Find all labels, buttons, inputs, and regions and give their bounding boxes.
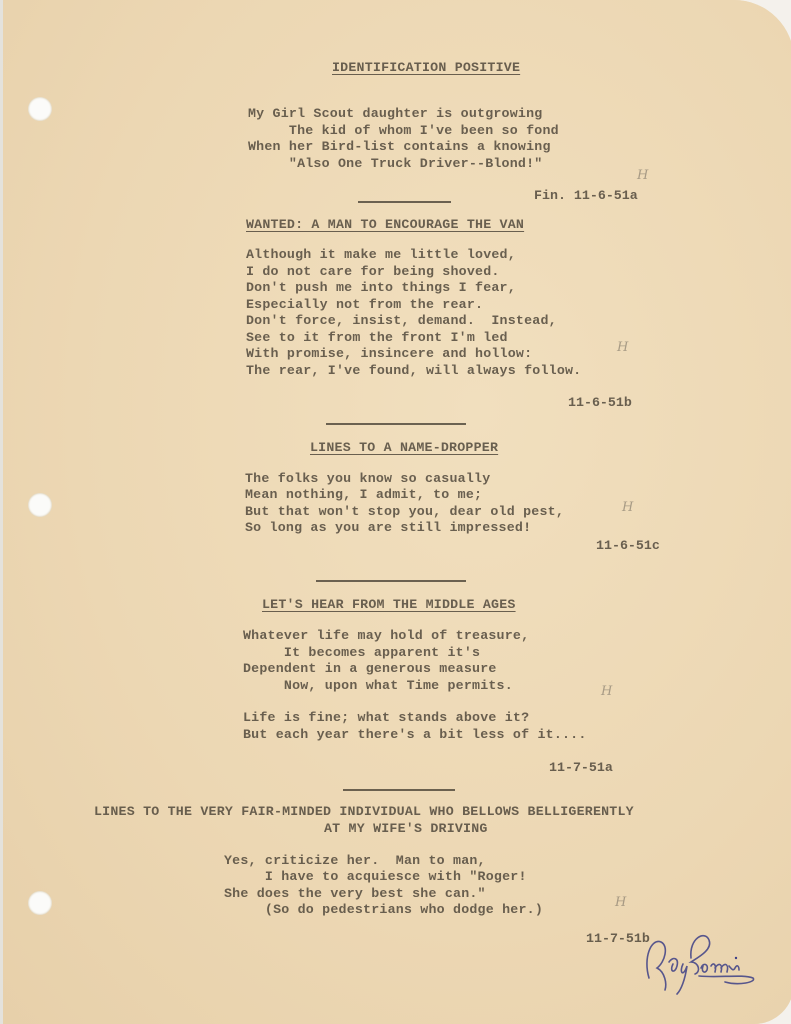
typewritten-page: IDENTIFICATION POSITIVE My Girl Scout da… (0, 0, 791, 1024)
poem-line: I do not care for being shoved. (246, 264, 500, 281)
poem-line: My Girl Scout daughter is outgrowing (248, 106, 542, 123)
poem-title: IDENTIFICATION POSITIVE (332, 60, 520, 77)
poem-reference: 11-6-51c (596, 538, 660, 553)
binder-hole (28, 493, 52, 517)
handwritten-mark: H (615, 895, 626, 910)
poem-line: Although it make me little loved, (246, 247, 516, 264)
separator-rule (316, 580, 466, 582)
poem-line: The folks you know so casually (245, 471, 490, 488)
poem-title: WANTED: A MAN TO ENCOURAGE THE VAN (246, 217, 524, 234)
handwritten-mark: H (622, 500, 633, 515)
poem-title: LINES TO A NAME-DROPPER (310, 440, 498, 457)
poem-line: The rear, I've found, will always follow… (246, 363, 581, 380)
poem-line: Yes, criticize her. Man to man, (224, 853, 486, 870)
poem-reference: 11-7-51a (549, 760, 613, 775)
poem-line: Now, upon what Time permits. (243, 678, 513, 695)
poem-line: With promise, insincere and hollow: (246, 346, 532, 363)
poem-title: LINES TO THE VERY FAIR-MINDED INDIVIDUAL… (94, 804, 634, 821)
poem-line: When her Bird-list contains a knowing (248, 139, 551, 156)
poem-line: Especially not from the rear. (246, 297, 483, 314)
poem-line: She does the very best she can." (224, 886, 486, 903)
separator-rule (326, 423, 466, 425)
poem-line: Whatever life may hold of treasure, (243, 628, 529, 645)
poem-title: LET'S HEAR FROM THE MIDDLE AGES (262, 597, 516, 614)
poem-line: Mean nothing, I admit, to me; (245, 487, 482, 504)
poem-line: (So do pedestrians who dodge her.) (224, 902, 543, 919)
poem-line: Don't push me into things I fear, (246, 280, 516, 297)
poem-line: Life is fine; what stands above it? (243, 710, 529, 727)
poem-reference: 11-6-51b (568, 395, 632, 410)
poem-line: I have to acquiesce with "Roger! (224, 869, 527, 886)
poem-line: So long as you are still impressed! (245, 520, 531, 537)
poem-line: Don't force, insist, demand. Instead, (246, 313, 557, 330)
poem-line: Dependent in a generous measure (243, 661, 497, 678)
binder-hole (28, 891, 52, 915)
handwritten-mark: H (617, 340, 628, 355)
poem-reference: Fin. 11-6-51a (534, 188, 638, 203)
separator-rule (343, 789, 455, 791)
separator-rule (358, 201, 451, 203)
binder-hole (28, 97, 52, 121)
handwritten-mark: H (637, 168, 648, 183)
poem-line: But each year there's a bit less of it..… (243, 727, 587, 744)
poem-title: AT MY WIFE'S DRIVING (324, 821, 488, 838)
poem-line: The kid of whom I've been so fond (248, 123, 559, 140)
poem-line: "Also One Truck Driver--Blond!" (248, 156, 542, 173)
handwritten-mark: H (601, 684, 612, 699)
signature (639, 928, 759, 998)
poem-line: It becomes apparent it's (243, 645, 480, 662)
poem-line: See to it from the front I'm led (246, 330, 508, 347)
poem-line: But that won't stop you, dear old pest, (245, 504, 564, 521)
